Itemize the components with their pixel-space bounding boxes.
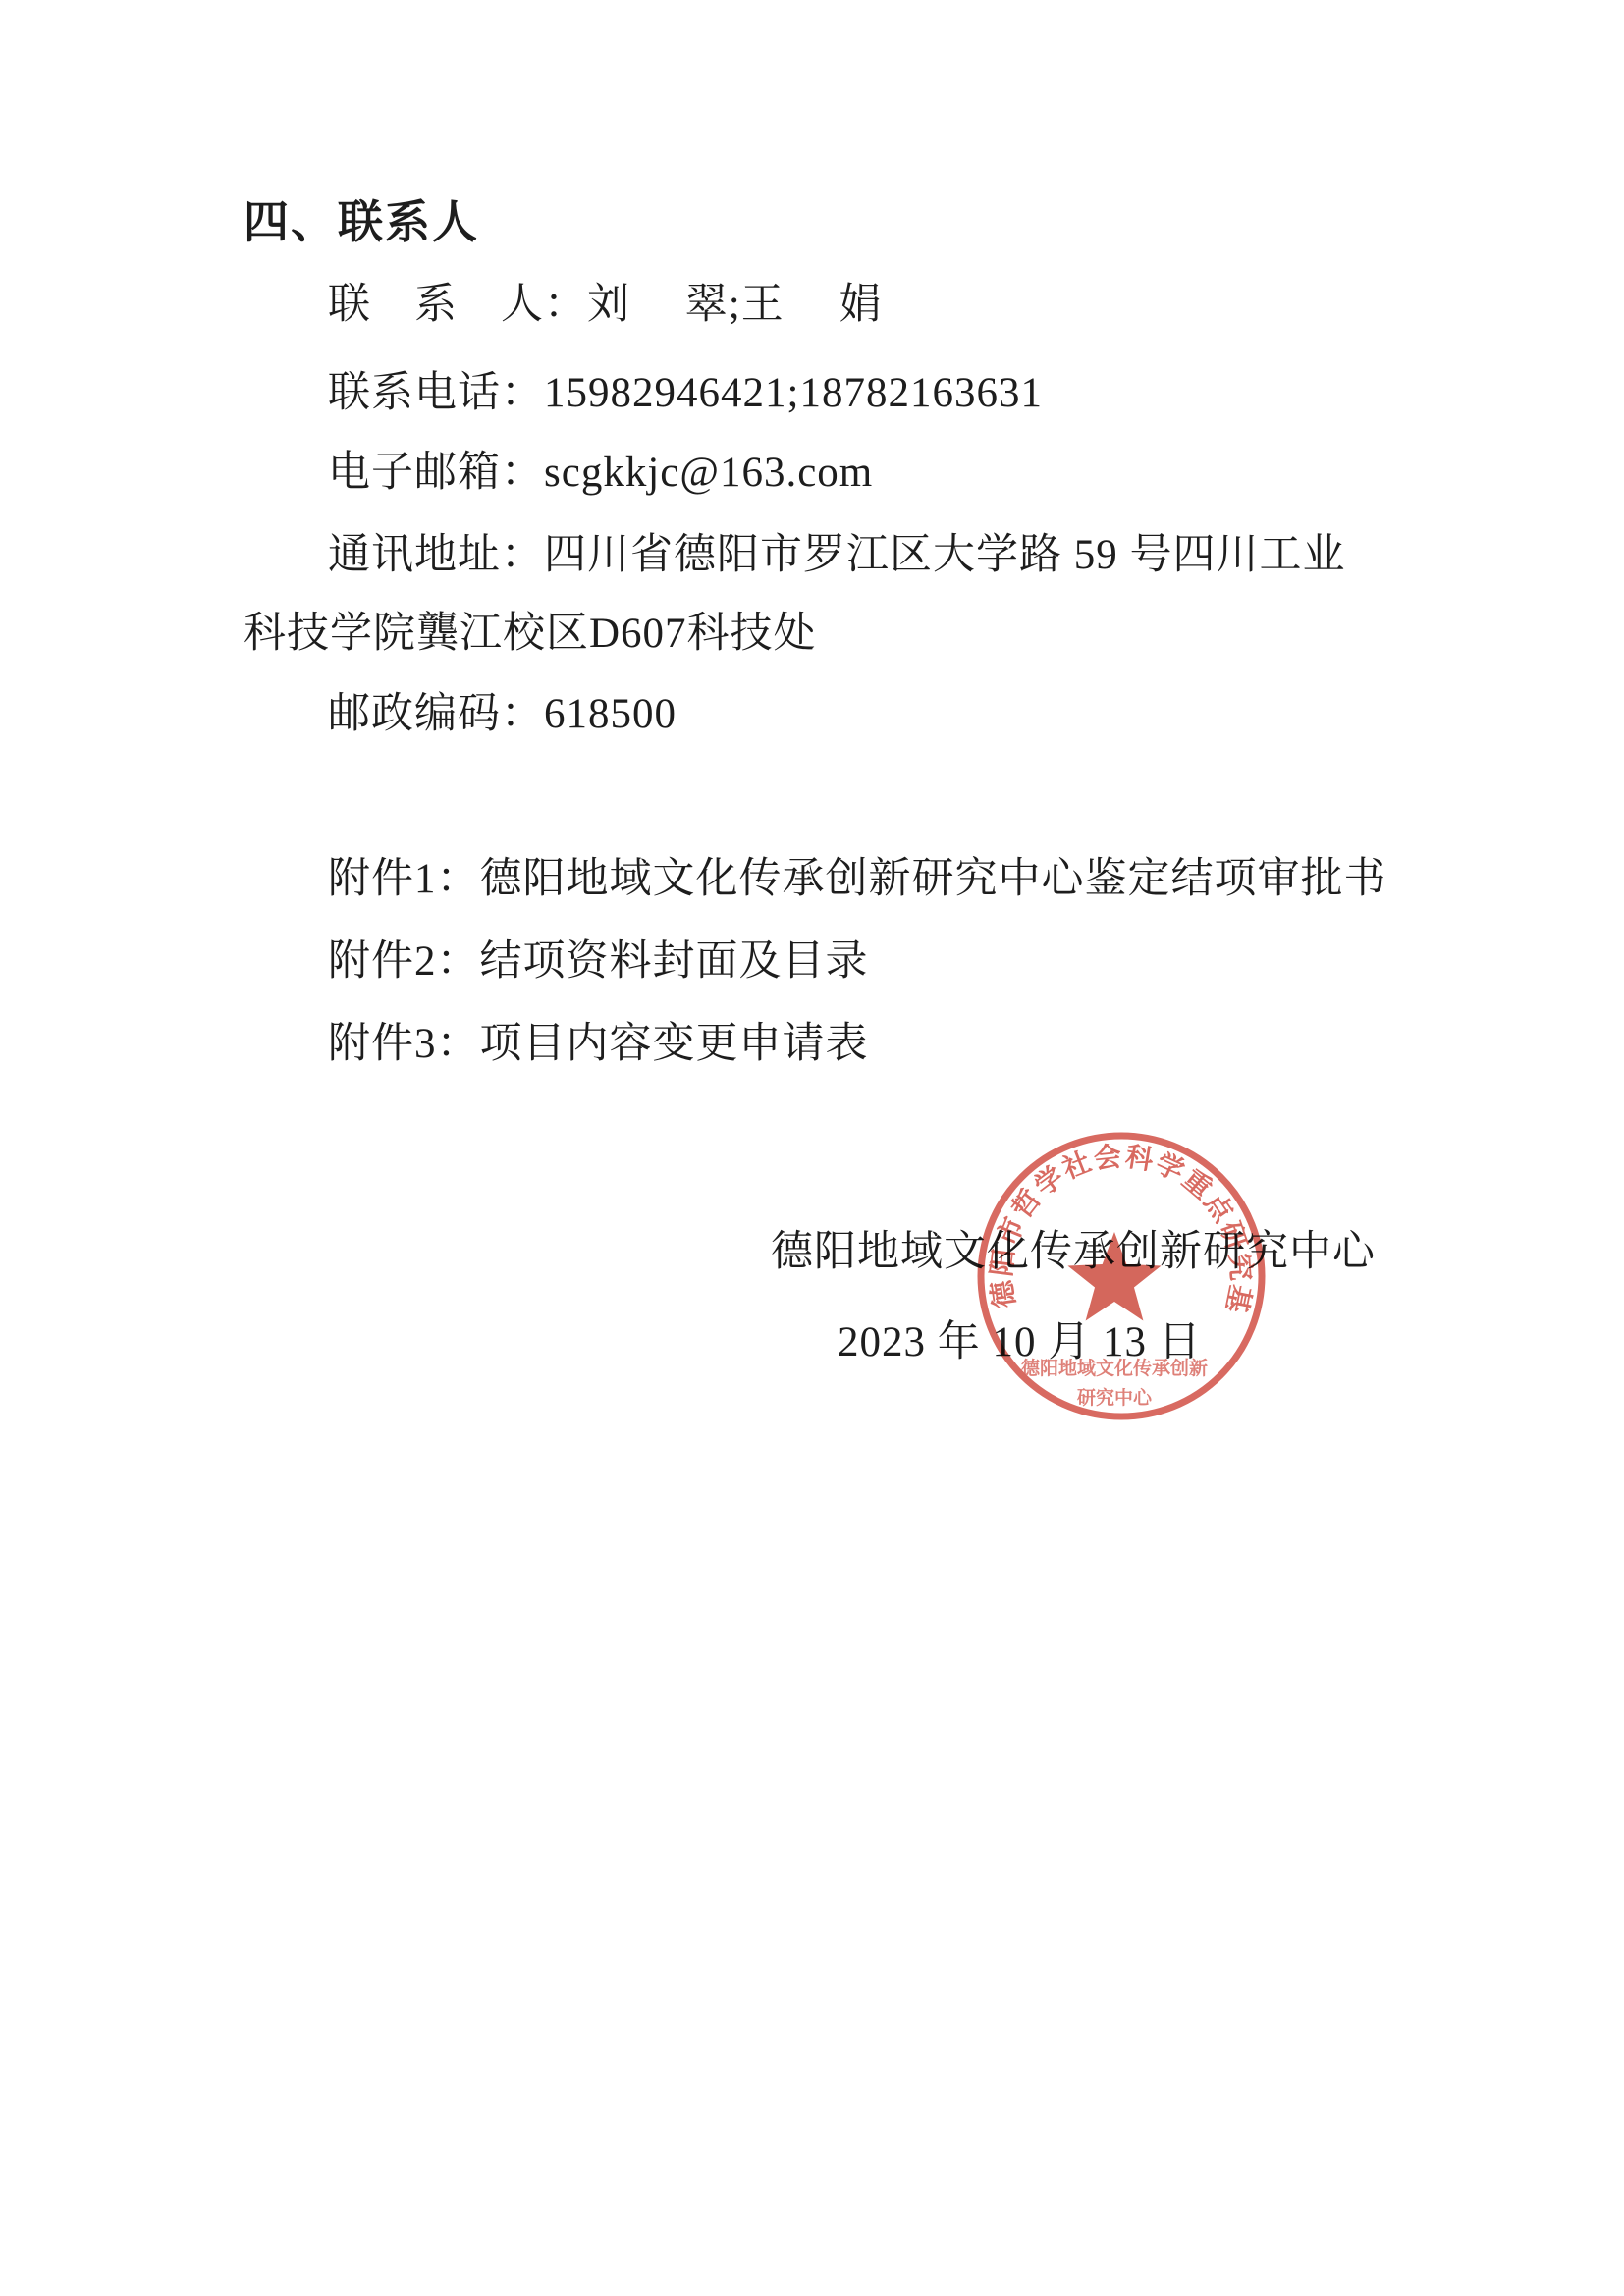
- attachment-item-2: 附件2：结项资料封面及目录: [328, 938, 869, 985]
- document-page: 四、联系人 联 系 人：刘 翠;王 娟 联系电话：15982946421;187…: [0, 0, 1624, 2296]
- contact-phone-line: 联系电话：15982946421;18782163631: [328, 370, 1043, 416]
- attachment-item-3: 附件3：项目内容变更申请表: [328, 1021, 869, 1067]
- seal-center-text-line1: 德阳地域文化传承创新: [1021, 1357, 1208, 1379]
- attachment-item-1: 附件1：德阳地域文化传承创新研究中心鉴定结项审批书: [328, 856, 1387, 902]
- contact-postal-line: 邮政编码：618500: [328, 691, 677, 737]
- contact-person-line: 联 系 人：刘 翠;王 娟: [328, 282, 882, 328]
- seal-center-text-line2: 研究中心: [1077, 1386, 1153, 1409]
- seal-star-icon: [1067, 1232, 1161, 1320]
- contact-email-line: 电子邮箱：scgkkjc@163.com: [328, 450, 873, 496]
- section-heading: 四、联系人: [244, 200, 479, 245]
- official-seal: 德阳市哲学社会科学重点研究基地 德阳地域文化传承创新 研究中心: [974, 1129, 1269, 1423]
- contact-address-line-2: 科技学院龔江校区D607科技处: [244, 611, 817, 657]
- contact-address-line-1: 通讯地址：四川省德阳市罗江区大学路 59 号四川工业: [328, 532, 1346, 578]
